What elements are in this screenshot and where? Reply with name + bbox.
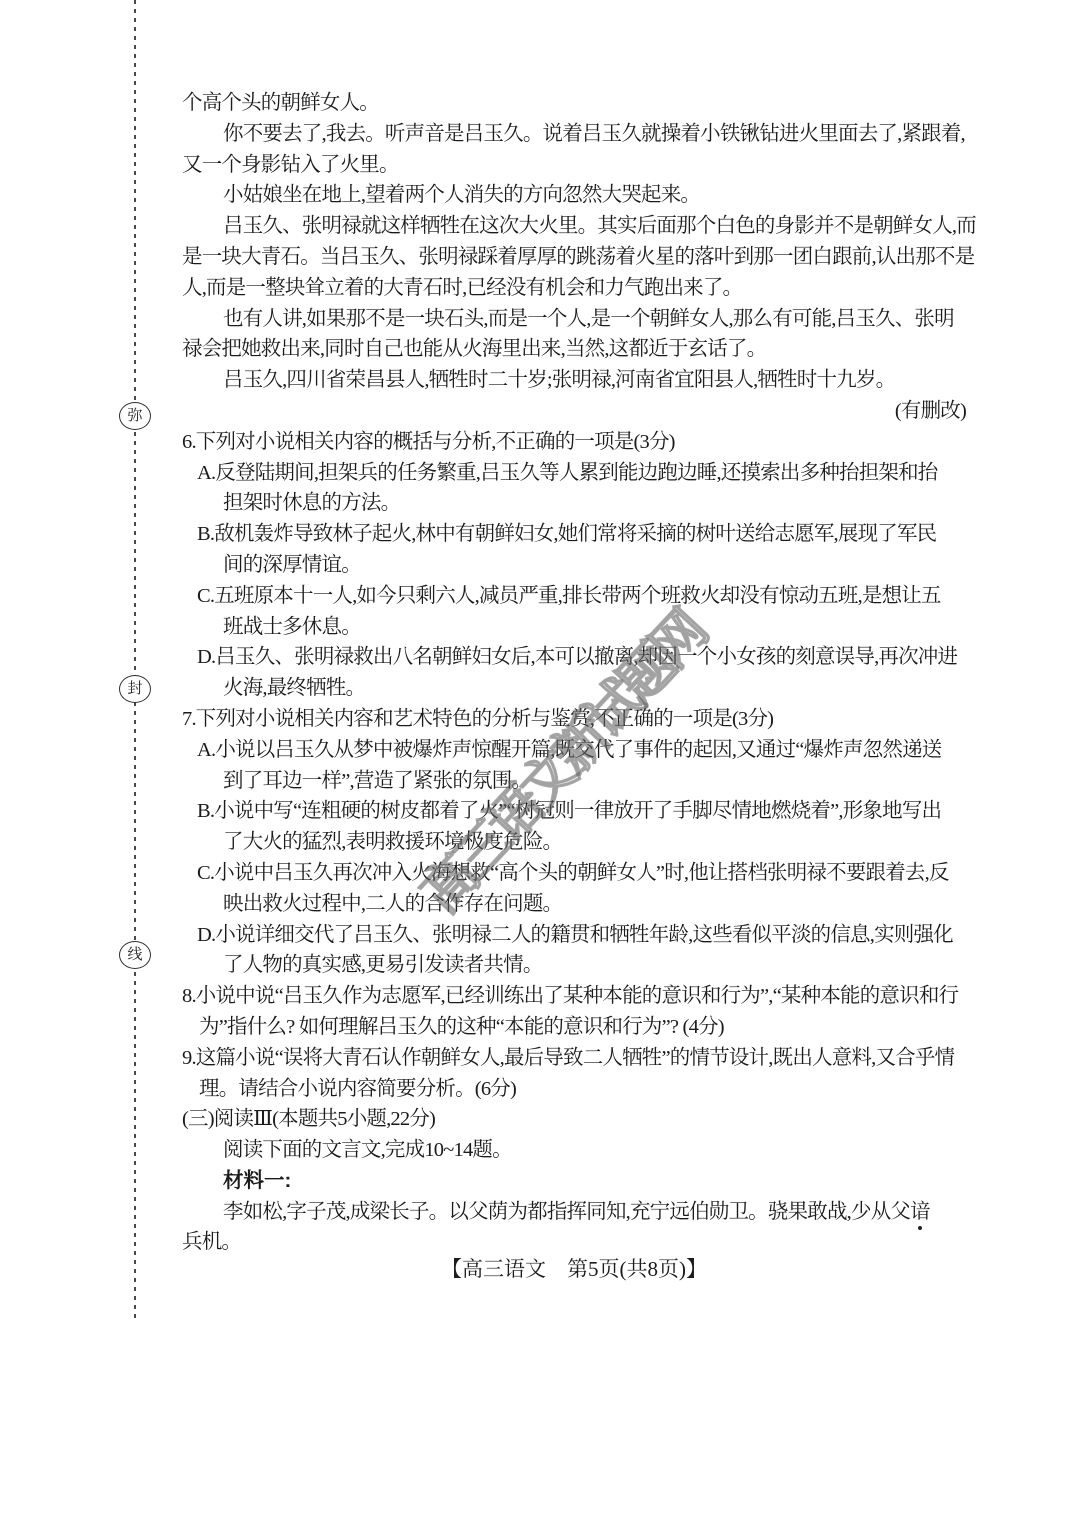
text-line: B.敌机轰炸导致林子起火,林中有朝鲜妇女,她们常将采摘的树叶送给志愿军,展现了军… [182,519,966,550]
text-line: (三)阅读Ⅲ(本题共5小题,22分) [182,1104,966,1135]
text-line: 人,而是一整块耸立着的大青石时,已经没有机会和力气跑出来了。 [182,273,966,304]
text-line: 是一块大青石。当吕玉久、张明禄踩着厚厚的跳荡着火星的落叶到那一团白跟前,认出那不… [182,242,966,273]
text-line: A.反登陆期间,担架兵的任务繁重,吕玉久等人累到能边跑边睡,还摸索出多种抬担架和… [182,458,966,489]
seal-marker-label: 弥 [127,409,142,424]
text-line: C.五班原本十一人,如今只剩六人,减员严重,排长带两个班救火却没有惊动五班,是想… [182,581,966,612]
seal-marker-mi: 弥 [119,402,151,430]
text-line: 间的深厚情谊。 [182,550,966,581]
text-line: 李如松,字子茂,成梁长子。以父荫为都指挥同知,充宁远伯勋卫。骁果敢战,少从父谙 [182,1197,966,1228]
page-number: 【高三语文 第5页(共8页)】 [441,1257,707,1281]
text-line: 班战士多休息。 [182,612,966,643]
text-line: 9.这篇小说“误将大青石认作朝鲜女人,最后导致二人牺牲”的情节设计,既出人意料,… [182,1043,966,1074]
exam-page: 弥 封 线 高三语文新试题网 个高个头的朝鲜女人。你不要去了,我去。听声音是吕玉… [0,0,1080,1527]
text-line: 担架时休息的方法。 [182,488,966,519]
text-line: 了人物的真实感,更易引发读者共情。 [182,950,966,981]
material-label: 材料一: [182,1166,966,1197]
text-line: 你不要去了,我去。听声音是吕玉久。说着吕玉久就操着小铁锹钻进火里面去了,紧跟着, [182,119,966,150]
page-footer: 【高三语文 第5页(共8页)】 [182,1254,966,1284]
seal-marker-label: 封 [127,682,142,697]
seal-marker-xian: 线 [119,941,151,969]
text-line: 阅读下面的文言文,完成10~14题。 [182,1135,966,1166]
text-line: 为”指什么? 如何理解吕玉久的这种“本能的意识和行为”? (4分) [182,1012,966,1043]
text-line: 又一个身影钻入了火里。 [182,150,966,181]
text-line: 映出救火过程中,二人的合作存在问题。 [182,889,966,920]
text-line: 吕玉久,四川省荣昌县人,牺牲时二十岁;张明禄,河南省宜阳县人,牺牲时十九岁。 [182,365,966,396]
emphasis-char: 谙 [910,1197,930,1228]
text-line: 小姑娘坐在地上,望着两个人消失的方向忽然大哭起来。 [182,180,966,211]
text-line: 也有人讲,如果那不是一块石头,而是一个人,是一个朝鲜女人,那么有可能,吕玉久、张… [182,304,966,335]
text-line: 个高个头的朝鲜女人。 [182,88,966,119]
exam-content: 个高个头的朝鲜女人。你不要去了,我去。听声音是吕玉久。说着吕玉久就操着小铁锹钻进… [182,88,966,1258]
text-line: A.小说以吕玉久从梦中被爆炸声惊醒开篇,既交代了事件的起因,又通过“爆炸声忽然递… [182,735,966,766]
text-line: 8.小说中说“吕玉久作为志愿军,已经训练出了某种本能的意识和行为”,“某种本能的… [182,981,966,1012]
text-line: D.吕玉久、张明禄救出八名朝鲜妇女后,本可以撤离,却因一个小女孩的刻意误导,再次… [182,642,966,673]
text-line: B.小说中写“连粗硬的树皮都着了火”“树冠则一律放开了手脚尽情地燃烧着”,形象地… [182,796,966,827]
seal-dashed-line [134,0,136,1322]
text-line: 理。请结合小说内容简要分析。(6分) [182,1074,966,1105]
text-line: 火海,最终牺牲。 [182,673,966,704]
seal-marker-label: 线 [127,948,142,963]
text-line: 吕玉久、张明禄就这样牺牲在这次大火里。其实后面那个白色的身影并不是朝鲜女人,而 [182,211,966,242]
text-line: 到了耳边一样”,营造了紧张的氛围。 [182,766,966,797]
seal-marker-feng: 封 [119,675,151,703]
text-line: 7.下列对小说相关内容和艺术特色的分析与鉴赏,不正确的一项是(3分) [182,704,966,735]
text-line: 了大火的猛烈,表明救援环境极度危险。 [182,827,966,858]
text-line: C.小说中吕玉久再次冲入火海想救“高个头的朝鲜女人”时,他让搭档张明禄不要跟着去… [182,858,966,889]
text-line: 禄会把她救出来,同时自己也能从火海里出来,当然,这都近于玄话了。 [182,334,966,365]
text-line: (有删改) [182,396,966,427]
text-line: D.小说详细交代了吕玉久、张明禄二人的籍贯和牺牲年龄,这些看似平淡的信息,实则强… [182,920,966,951]
text-line: 6.下列对小说相关内容的概括与分析,不正确的一项是(3分) [182,427,966,458]
